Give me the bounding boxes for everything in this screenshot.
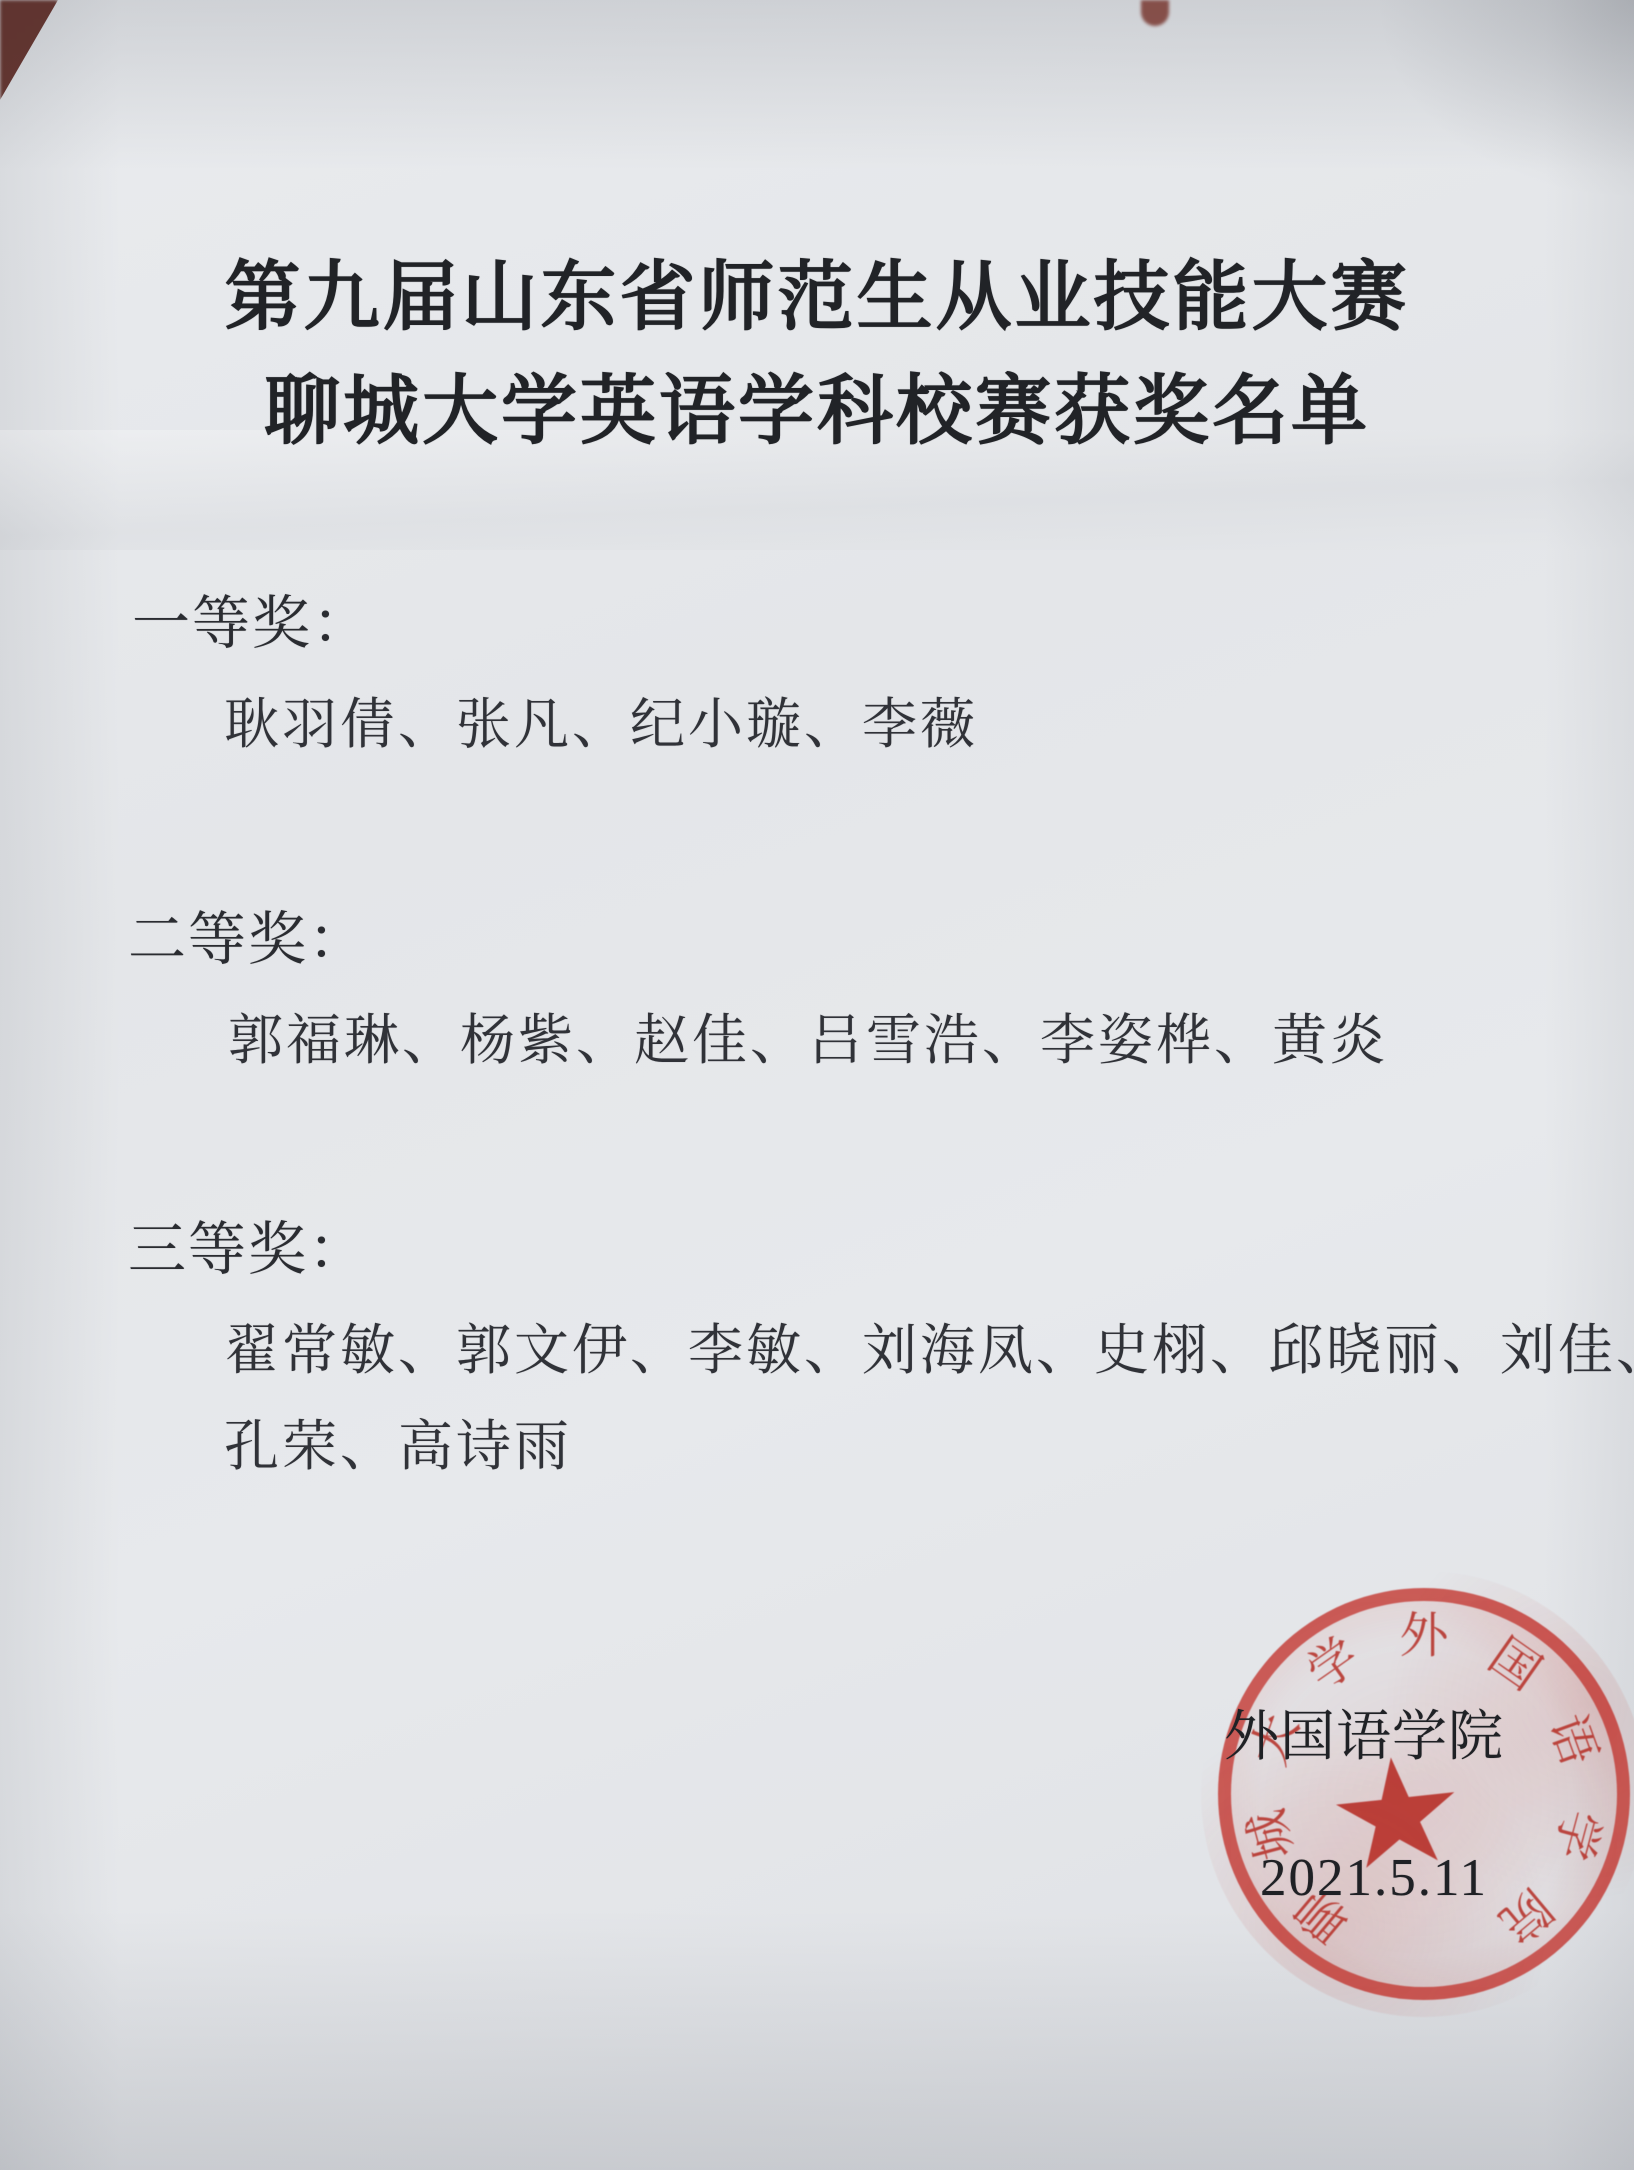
document-title-line2: 聊城大学英语学科校赛获奖名单 — [0, 350, 1634, 459]
signature-date: 2021.5.11 — [1260, 1848, 1488, 1908]
signature-organization: 外国语学院 — [1224, 1692, 1504, 1771]
first-prize-names: 耿羽倩、张凡、纪小璇、李薇 — [224, 680, 978, 759]
seal-ring-char: 语 — [1539, 1707, 1606, 1774]
red-speck-artifact — [1141, 0, 1169, 26]
document-title-line1: 第九届山东省师范生从业技能大赛 — [0, 236, 1634, 345]
document-photo: 第九届山东省师范生从业技能大赛 聊城大学英语学科校赛获奖名单 一等奖： 耿羽倩、… — [0, 0, 1634, 2170]
third-prize-names-line1: 翟常敏、郭文伊、李敏、刘海凤、史栩、邱晓丽、刘佳、 — [224, 1306, 1634, 1385]
second-prize-names: 郭福琳、杨紫、赵佳、吕雪浩、李姿桦、黄炎 — [228, 996, 1388, 1075]
second-prize-heading: 二等奖： — [128, 892, 368, 976]
photo-shadow-top-right — [1374, 0, 1634, 200]
official-seal-stamp: 聊 城 大 学 外 国 语 学 院 — [1218, 1588, 1630, 2000]
seal-ring-char: 学 — [1297, 1628, 1369, 1700]
first-prize-heading: 一等奖： — [132, 576, 372, 660]
photo-shadow-top — [0, 0, 1634, 170]
third-prize-names-line2: 孔荣、高诗雨 — [224, 1402, 572, 1481]
seal-ring-char: 外 — [1398, 1610, 1450, 1662]
seal-ring-char: 院 — [1489, 1878, 1562, 1951]
corner-artifact — [0, 0, 58, 100]
third-prize-heading: 三等奖： — [128, 1202, 368, 1286]
seal-ring-char: 国 — [1478, 1628, 1550, 1700]
seal-ring-char: 学 — [1545, 1803, 1609, 1867]
